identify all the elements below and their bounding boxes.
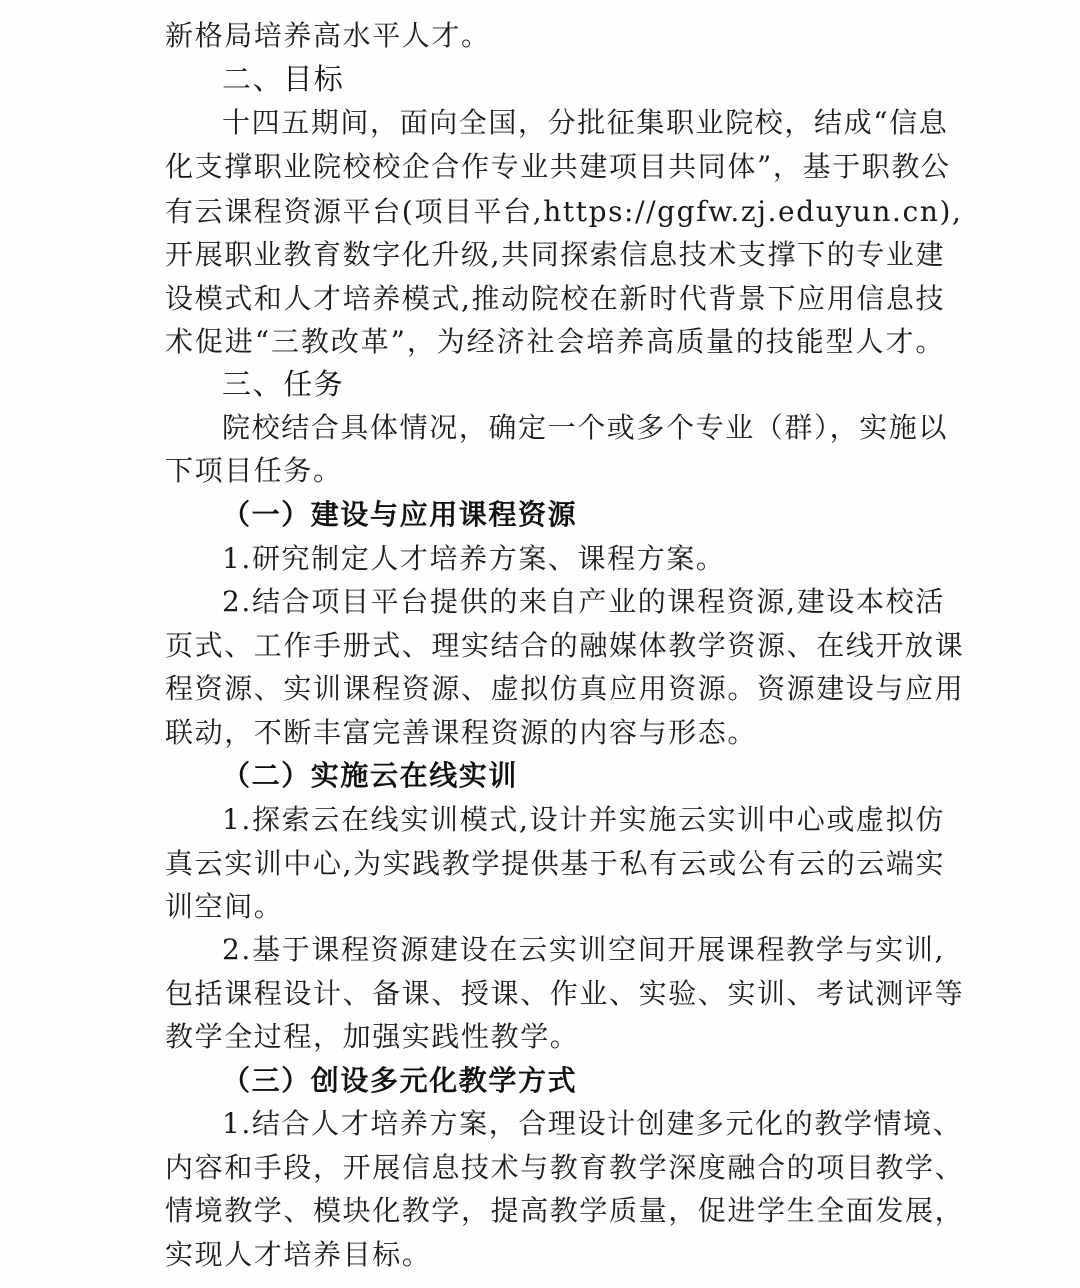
body-line: 新格局培养高水平人才。 — [165, 14, 945, 58]
subsection-heading-1: （一）建设与应用课程资源 — [222, 493, 1002, 537]
body-line: 1.探索云在线实训模式,设计并实施云实训中心或虚拟仿 — [222, 798, 945, 842]
body-line: 1.结合人才培养方案，合理设计创建多元化的教学情境、 — [222, 1102, 945, 1146]
body-line: 1.研究制定人才培养方案、课程方案。 — [222, 537, 945, 581]
body-line: 程资源、实训课程资源、虚拟仿真应用资源。资源建设与应用 — [165, 667, 945, 711]
body-line: 情境教学、模块化教学，提高教学质量，促进学生全面发展， — [165, 1189, 945, 1233]
section-heading-goals: 二、目标 — [222, 57, 1002, 101]
body-line: 2.基于课程资源建设在云实训空间开展课程教学与实训, — [222, 928, 945, 972]
document-page: 新格局培养高水平人才。 二、目标 十四五期间，面向全国，分批征集职业院校，结成“… — [0, 0, 1080, 1288]
body-line: 化支撑职业院校校企合作专业共建项目共同体”，基于职教公 — [165, 145, 945, 189]
body-line: 真云实训中心,为实践教学提供基于私有云或公有云的云端实 — [165, 842, 945, 886]
body-line: 有云课程资源平台(项目平台,https://ggfw.zj.eduyun.cn)… — [165, 190, 945, 234]
subsection-heading-2: （二）实施云在线实训 — [222, 754, 1002, 798]
body-line: 内容和手段，开展信息技术与教育教学深度融合的项目教学、 — [165, 1146, 945, 1190]
section-heading-tasks: 三、任务 — [222, 362, 1002, 406]
body-line: 设模式和人才培养模式,推动院校在新时代背景下应用信息技 — [165, 277, 945, 321]
body-line: 院校结合具体情况，确定一个或多个专业（群），实施以 — [222, 406, 945, 450]
body-line: 包括课程设计、备课、授课、作业、实验、实训、考试测评等 — [165, 972, 945, 1016]
body-line: 教学全过程，加强实践性教学。 — [165, 1015, 945, 1059]
body-line: 术促进“三教改革”，为经济社会培养高质量的技能型人才。 — [165, 320, 945, 364]
subsection-heading-3: （三）创设多元化教学方式 — [222, 1059, 1002, 1103]
body-line: 联动，不断丰富完善课程资源的内容与形态。 — [165, 711, 945, 755]
body-line: 下项目任务。 — [165, 449, 945, 493]
body-line: 开展职业教育数字化升级,共同探索信息技术支撑下的专业建 — [165, 233, 945, 277]
body-line: 2.结合项目平台提供的来自产业的课程资源,建设本校活 — [222, 580, 945, 624]
body-line: 训空间。 — [165, 885, 945, 929]
body-line: 实现人才培养目标。 — [165, 1233, 945, 1277]
body-line: 页式、工作手册式、理实结合的融媒体教学资源、在线开放课 — [165, 624, 945, 668]
body-line: 十四五期间，面向全国，分批征集职业院校，结成“信息 — [222, 101, 945, 145]
